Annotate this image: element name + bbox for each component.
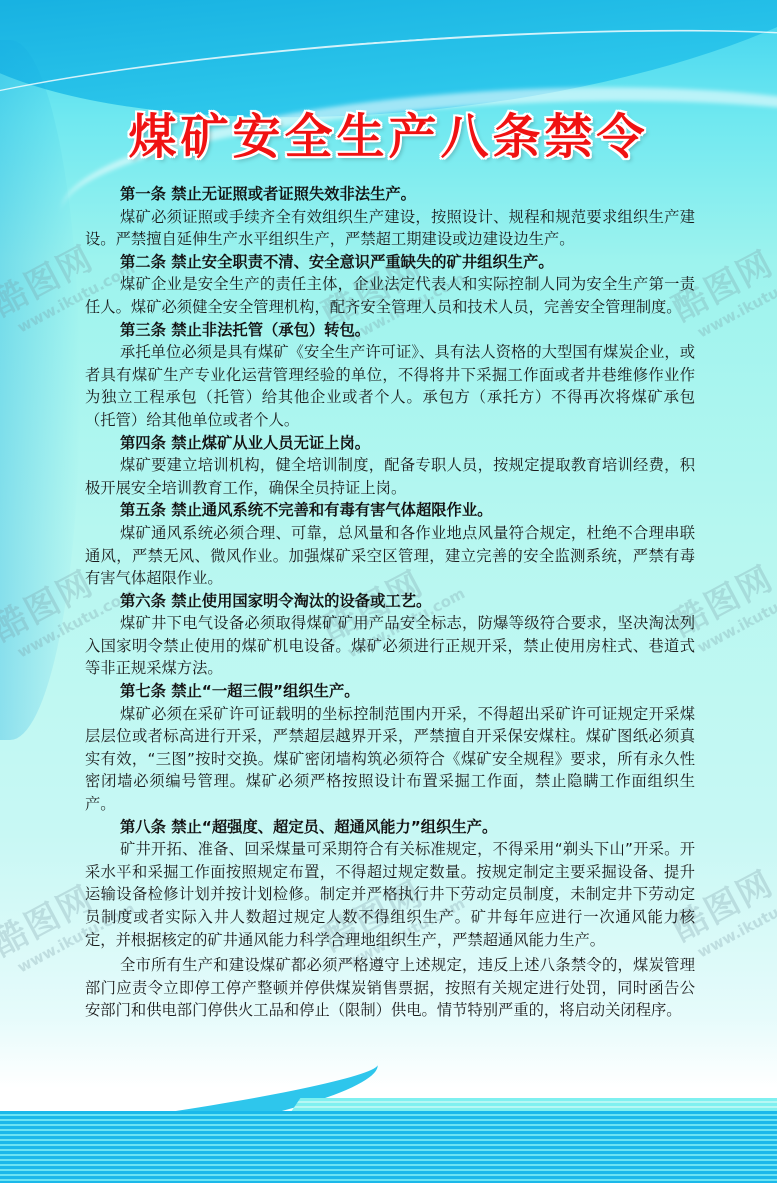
article-1: 第一条 禁止无证照或者证照失效非法生产。 煤矿必须证照或手续齐全有效组织生产建设… — [85, 183, 695, 251]
article-body: 矿井开拓、准备、回采煤量可采期符合有关标准规定，不得采用“剃头下山”开采。开采水… — [85, 838, 695, 951]
article-8: 第八条 禁止“超强度、超定员、超通风能力”组织生产。 矿井开拓、准备、回采煤量可… — [85, 816, 695, 952]
article-7: 第七条 禁止“一超三假”组织生产。 煤矿必须在采矿许可证载明的坐标控制范围内开采… — [85, 680, 695, 816]
watermark-url-text: www.ikutu.com — [694, 579, 777, 656]
article-2: 第二条 禁止安全职责不清、安全意识严重缺失的矿井组织生产。 煤矿企业是安全生产的… — [85, 251, 695, 319]
article-body: 煤矿必须在采矿许可证载明的坐标控制范围内开采，不得超出采矿许可证规定开采煤层层位… — [85, 703, 695, 816]
article-body: 煤矿通风系统必须合理、可靠，总风量和各作业地点风量符合规定，杜绝不合理串联通风，… — [85, 522, 695, 590]
watermark-url-text: www.ikutu.com — [694, 264, 777, 341]
poster-title: 煤矿安全生产八条禁令 — [0, 98, 777, 167]
article-body: 煤矿井下电气设备必须取得煤矿矿用产品安全标志，防爆等级符合要求，坚决淘汰列入国家… — [85, 612, 695, 680]
closing-paragraph: 全市所有生产和建设煤矿都必须严格遵守上述规定，违反上述八条禁令的，煤炭管理部门应… — [85, 954, 695, 1022]
article-heading: 第六条 禁止使用国家明令淘汰的设备或工艺。 — [85, 590, 695, 613]
article-heading: 第七条 禁止“一超三假”组织生产。 — [85, 680, 695, 703]
article-heading: 第一条 禁止无证照或者证照失效非法生产。 — [85, 183, 695, 206]
article-heading: 第三条 禁止非法托管（承包）转包。 — [85, 319, 695, 342]
article-heading: 第八条 禁止“超强度、超定员、超通风能力”组织生产。 — [85, 816, 695, 839]
article-heading: 第二条 禁止安全职责不清、安全意识严重缺失的矿井组织生产。 — [85, 251, 695, 274]
article-heading: 第四条 禁止煤矿从业人员无证上岗。 — [85, 432, 695, 455]
article-body: 承托单位必须是具有煤矿《安全生产许可证》、具有法人资格的大型国有煤炭企业，或者具… — [85, 341, 695, 431]
article-6: 第六条 禁止使用国家明令淘汰的设备或工艺。 煤矿井下电气设备必须取得煤矿矿用产品… — [85, 590, 695, 680]
article-3: 第三条 禁止非法托管（承包）转包。 承托单位必须是具有煤矿《安全生产许可证》、具… — [85, 319, 695, 432]
article-heading: 第五条 禁止通风系统不完善和有毒有害气体超限作业。 — [85, 499, 695, 522]
poster-content: 第一条 禁止无证照或者证照失效非法生产。 煤矿必须证照或手续齐全有效组织生产建设… — [85, 183, 695, 1022]
article-body: 煤矿要建立培训机构，健全培训制度，配备专职人员，按规定提取教育培训经费，积极开展… — [85, 454, 695, 499]
article-body: 煤矿必须证照或手续齐全有效组织生产建设，按照设计、规程和规范要求组织生产建设。严… — [85, 206, 695, 251]
article-4: 第四条 禁止煤矿从业人员无证上岗。 煤矿要建立培训机构，健全培训制度，配备专职人… — [85, 432, 695, 500]
watermark-url-text: www.ikutu.com — [694, 884, 777, 961]
article-body: 煤矿企业是安全生产的责任主体，企业法定代表人和实际控制人同为安全生产第一责任人。… — [85, 273, 695, 318]
article-5: 第五条 禁止通风系统不完善和有毒有害气体超限作业。 煤矿通风系统必须合理、可靠，… — [85, 499, 695, 589]
background-bottom-stripes — [0, 1111, 777, 1183]
